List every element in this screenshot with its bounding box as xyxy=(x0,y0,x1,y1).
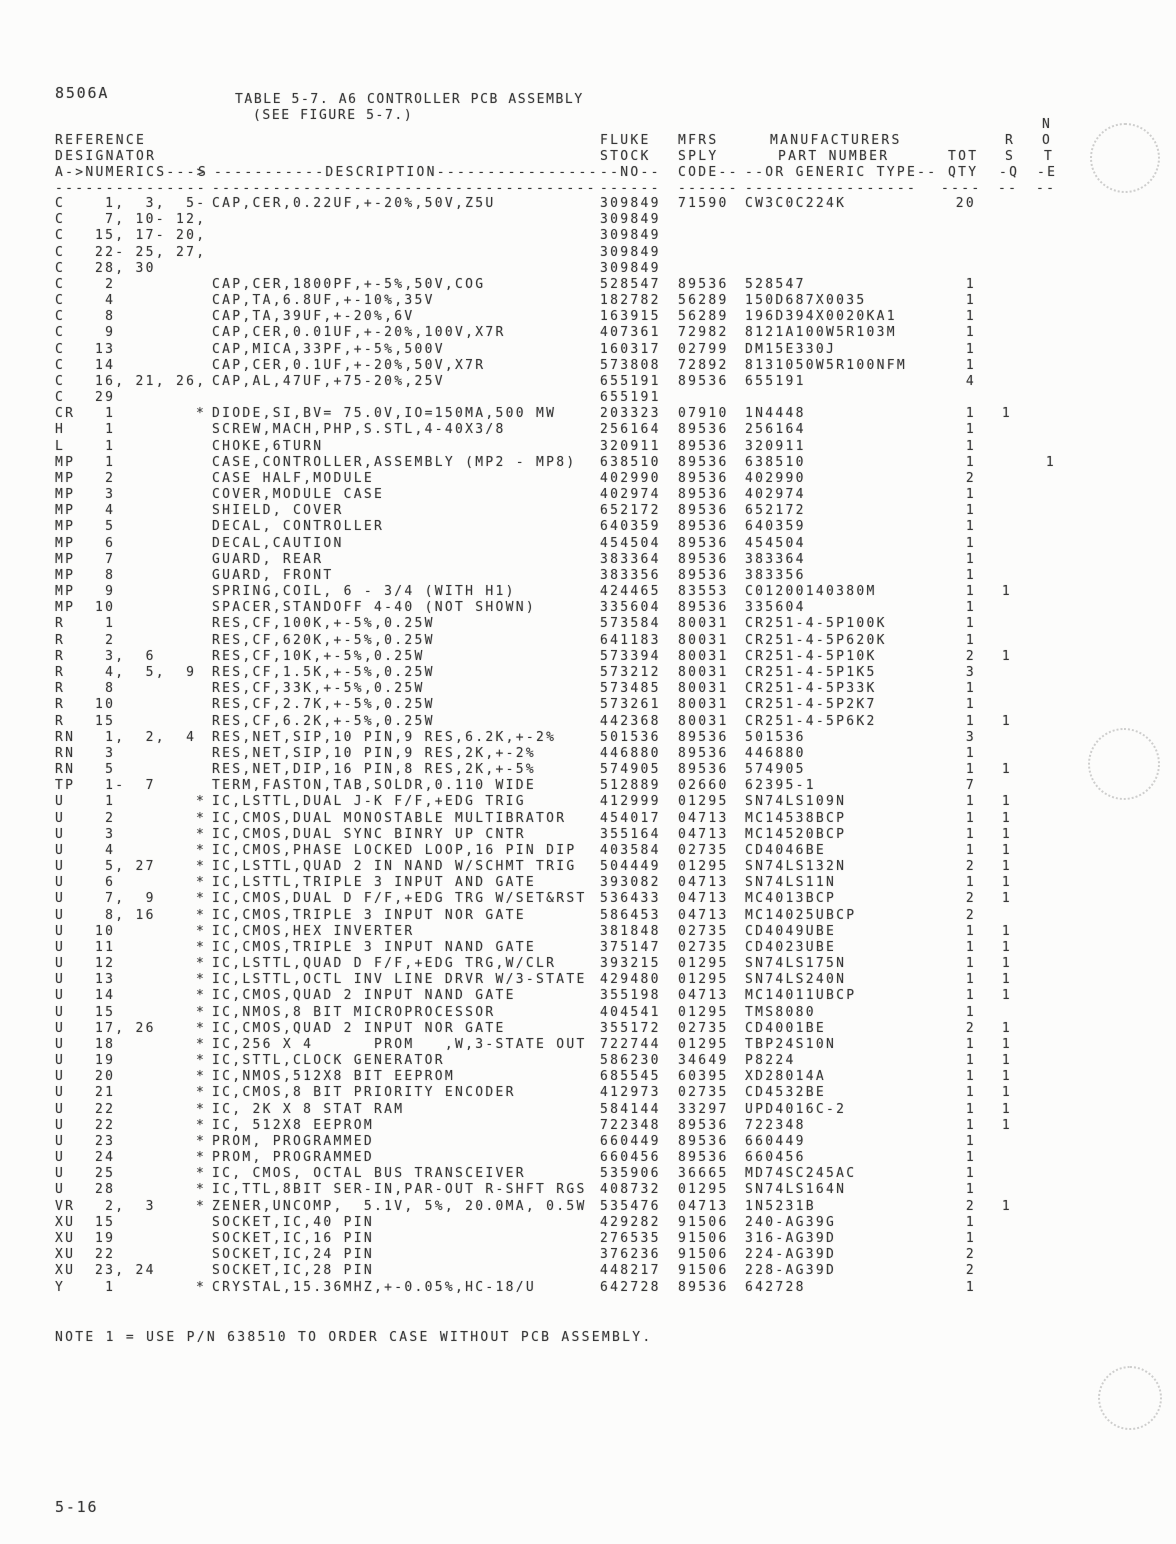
cell-part: 240-AG39G xyxy=(745,1215,940,1231)
cell-nums: 7 xyxy=(95,552,196,568)
cell-note xyxy=(1012,908,1056,924)
cell-ref: U xyxy=(55,972,95,988)
separator-desc: -------------------------------------- xyxy=(212,181,597,196)
cell-s: * xyxy=(196,1037,212,1053)
cell-rsq xyxy=(976,1215,1012,1231)
cell-desc: IC,NMOS,8 BIT MICROPROCESSOR xyxy=(212,1005,600,1021)
cell-part: UPD4016C-2 xyxy=(745,1102,940,1118)
cell-stock: 424465 xyxy=(600,584,678,600)
cell-code: 89536 xyxy=(678,503,745,519)
cell-note xyxy=(1012,730,1056,746)
table-row: TP 1- 7TERM,FASTON,TAB,SOLDR,0.110 WIDE5… xyxy=(0,778,1176,794)
cell-note xyxy=(1012,843,1056,859)
cell-qty xyxy=(940,245,976,261)
cell-stock: 182782 xyxy=(600,293,678,309)
cell-rsq xyxy=(976,422,1012,438)
cell-ref: U xyxy=(55,794,95,810)
cell-stock: 685545 xyxy=(600,1069,678,1085)
cell-s xyxy=(196,325,212,341)
cell-s: * xyxy=(196,811,212,827)
cell-nums: 3, 6 xyxy=(95,649,196,665)
cell-stock: 429480 xyxy=(600,972,678,988)
cell-note xyxy=(1012,245,1056,261)
cell-rsq: 1 xyxy=(976,827,1012,843)
cell-qty: 1 xyxy=(940,1134,976,1150)
cell-code: 89536 xyxy=(678,374,745,390)
cell-part: CR251-4-5P6K2 xyxy=(745,714,940,730)
cell-part: SN74LS240N xyxy=(745,972,940,988)
cell-qty: 2 xyxy=(940,649,976,665)
cell-ref: MP xyxy=(55,552,95,568)
cell-qty: 1 xyxy=(940,584,976,600)
cell-desc: PROM, PROGRAMMED xyxy=(212,1134,600,1150)
cell-code: 89536 xyxy=(678,552,745,568)
cell-s xyxy=(196,649,212,665)
cell-part: TBP24S10N xyxy=(745,1037,940,1053)
cell-rsq xyxy=(976,616,1012,632)
cell-stock: 722348 xyxy=(600,1118,678,1134)
cell-part: 1N5231B xyxy=(745,1199,940,1215)
cell-part: 446880 xyxy=(745,746,940,762)
cell-nums: 23 xyxy=(95,1134,196,1150)
cell-stock: 160317 xyxy=(600,342,678,358)
cell-note xyxy=(1012,633,1056,649)
cell-ref: C xyxy=(55,261,95,277)
cell-stock: 309849 xyxy=(600,245,678,261)
cell-stock: 402990 xyxy=(600,471,678,487)
cell-part: 722348 xyxy=(745,1118,940,1134)
cell-part: SN74LS132N xyxy=(745,859,940,875)
table-row: RN 5RES,NET,DIP,16 PIN,8 RES,2K,+-5%5749… xyxy=(0,762,1176,778)
cell-note xyxy=(1012,1182,1056,1198)
cell-rsq xyxy=(976,309,1012,325)
cell-code: 72892 xyxy=(678,358,745,374)
page-number: 5-16 xyxy=(55,1498,98,1516)
cell-rsq: 1 xyxy=(976,714,1012,730)
cell-rsq xyxy=(976,519,1012,535)
separator-ref: --------------- xyxy=(55,181,207,196)
table-row: U 3*IC,CMOS,DUAL SYNC BINRY UP CNTR35516… xyxy=(0,827,1176,843)
cell-code: 91506 xyxy=(678,1263,745,1279)
cell-stock: 383364 xyxy=(600,552,678,568)
cell-desc: IC,CMOS,DUAL D F/F,+EDG TRG W/SET&RST xyxy=(212,891,600,907)
cell-rsq xyxy=(976,455,1012,471)
cell-code: 02799 xyxy=(678,342,745,358)
cell-s: * xyxy=(196,972,212,988)
cell-rsq: 1 xyxy=(976,1037,1012,1053)
cell-stock: 586453 xyxy=(600,908,678,924)
cell-code: 83553 xyxy=(678,584,745,600)
cell-part: 150D687X0035 xyxy=(745,293,940,309)
table-row: MP 3COVER,MODULE CASE402974895364029741 xyxy=(0,487,1176,503)
cell-code: 01295 xyxy=(678,1005,745,1021)
cell-note xyxy=(1012,778,1056,794)
cell-desc: RES,CF,2.7K,+-5%,0.25W xyxy=(212,697,600,713)
cell-rsq xyxy=(976,277,1012,293)
cell-desc: PROM, PROGRAMMED xyxy=(212,1150,600,1166)
cell-rsq: 1 xyxy=(976,891,1012,907)
cell-nums: 2 xyxy=(95,277,196,293)
cell-ref: C xyxy=(55,293,95,309)
cell-desc: RES,NET,SIP,10 PIN,9 RES,2K,+-2% xyxy=(212,746,600,762)
cell-desc: CAP,CER,0.01UF,+-20%,100V,X7R xyxy=(212,325,600,341)
cell-rsq: 1 xyxy=(976,794,1012,810)
cell-stock: 535906 xyxy=(600,1166,678,1182)
cell-stock: 408732 xyxy=(600,1182,678,1198)
cell-ref: U xyxy=(55,843,95,859)
cell-rsq: 1 xyxy=(976,988,1012,1004)
cell-desc: IC,256 X 4 PROM ,W,3-STATE OUT xyxy=(212,1037,600,1053)
cell-desc: SOCKET,IC,24 PIN xyxy=(212,1247,600,1263)
cell-ref: MP xyxy=(55,536,95,552)
cell-note xyxy=(1012,309,1056,325)
cell-s xyxy=(196,309,212,325)
cell-ref: C xyxy=(55,228,95,244)
cell-code: 33297 xyxy=(678,1102,745,1118)
table-row: C13CAP,MICA,33PF,+-5%,500V16031702799DM1… xyxy=(0,342,1176,358)
cell-nums: 6 xyxy=(95,536,196,552)
cell-part: C01200140380M xyxy=(745,584,940,600)
cell-qty: 1 xyxy=(940,309,976,325)
cell-nums: 14 xyxy=(95,988,196,1004)
col-note-h3: T xyxy=(1044,149,1054,164)
table-row: RN 3RES,NET,SIP,10 PIN,9 RES,2K,+-2%4468… xyxy=(0,746,1176,762)
cell-rsq xyxy=(976,487,1012,503)
cell-desc: CAP,CER,0.1UF,+-20%,50V,X7R xyxy=(212,358,600,374)
table-row: L 1CHOKE,6TURN320911895363209111 xyxy=(0,439,1176,455)
col-stock-h2: STOCK xyxy=(600,149,651,164)
table-row: R 2RES,CF,620K,+-5%,0.25W64118380031CR25… xyxy=(0,633,1176,649)
cell-part: 256164 xyxy=(745,422,940,438)
cell-note xyxy=(1012,794,1056,810)
cell-stock: 586230 xyxy=(600,1053,678,1069)
separator-rsq: -- xyxy=(998,181,1018,196)
cell-desc: IC,LSTTL,QUAD D F/F,+EDG TRG,W/CLR xyxy=(212,956,600,972)
cell-nums: 22 xyxy=(95,1118,196,1134)
cell-stock: 402974 xyxy=(600,487,678,503)
cell-desc: RES,CF,100K,+-5%,0.25W xyxy=(212,616,600,632)
cell-s xyxy=(196,455,212,471)
cell-desc: CAP,CER,1800PF,+-5%,50V,COG xyxy=(212,277,600,293)
cell-s: * xyxy=(196,1102,212,1118)
cell-desc: CAP,TA,6.8UF,+-10%,35V xyxy=(212,293,600,309)
cell-note xyxy=(1012,487,1056,503)
cell-qty: 1 xyxy=(940,439,976,455)
cell-code: 01295 xyxy=(678,794,745,810)
cell-note xyxy=(1012,1231,1056,1247)
cell-rsq: 1 xyxy=(976,940,1012,956)
cell-qty xyxy=(940,390,976,406)
cell-qty: 1 xyxy=(940,1150,976,1166)
cell-part: 454504 xyxy=(745,536,940,552)
cell-rsq xyxy=(976,212,1012,228)
cell-qty: 1 xyxy=(940,536,976,552)
cell-stock: 535476 xyxy=(600,1199,678,1215)
cell-s xyxy=(196,778,212,794)
cell-desc: IC,CMOS,TRIPLE 3 INPUT NOR GATE xyxy=(212,908,600,924)
cell-stock: 442368 xyxy=(600,714,678,730)
cell-nums: 19 xyxy=(95,1231,196,1247)
cell-rsq xyxy=(976,908,1012,924)
cell-ref: R xyxy=(55,633,95,649)
cell-code: 80031 xyxy=(678,616,745,632)
cell-nums: 4 xyxy=(95,503,196,519)
cell-stock: 660449 xyxy=(600,1134,678,1150)
cell-part: CR251-4-5P620K xyxy=(745,633,940,649)
cell-nums: 28, 30 xyxy=(95,261,196,277)
table-row: U20*IC,NMOS,512X8 BIT EEPROM68554560395X… xyxy=(0,1069,1176,1085)
table-row: U11*IC,CMOS,TRIPLE 3 INPUT NAND GATE3751… xyxy=(0,940,1176,956)
cell-stock: 642728 xyxy=(600,1280,678,1296)
cell-stock: 309849 xyxy=(600,228,678,244)
cell-rsq: 1 xyxy=(976,859,1012,875)
cell-note xyxy=(1012,1263,1056,1279)
cell-code: 89536 xyxy=(678,1134,745,1150)
cell-rsq xyxy=(976,1150,1012,1166)
cell-nums: 4, 5, 9 xyxy=(95,665,196,681)
cell-part xyxy=(745,228,940,244)
cell-ref: U xyxy=(55,908,95,924)
cell-nums: 4 xyxy=(95,293,196,309)
cell-code: 02660 xyxy=(678,778,745,794)
cell-desc: GUARD, FRONT xyxy=(212,568,600,584)
cell-nums: 1- 7 xyxy=(95,778,196,794)
cell-part: MC4013BCP xyxy=(745,891,940,907)
cell-stock: 536433 xyxy=(600,891,678,907)
cell-s: * xyxy=(196,940,212,956)
cell-note xyxy=(1012,891,1056,907)
cell-ref: U xyxy=(55,1085,95,1101)
cell-part: SN74LS164N xyxy=(745,1182,940,1198)
table-row: C 2CAP,CER,1800PF,+-5%,50V,COG5285478953… xyxy=(0,277,1176,293)
table-row: U 8, 16*IC,CMOS,TRIPLE 3 INPUT NOR GATE5… xyxy=(0,908,1176,924)
cell-s xyxy=(196,390,212,406)
cell-part: CD4001BE xyxy=(745,1021,940,1037)
cell-part: MC14520BCP xyxy=(745,827,940,843)
cell-qty: 7 xyxy=(940,778,976,794)
cell-qty: 1 xyxy=(940,1215,976,1231)
cell-stock: 573584 xyxy=(600,616,678,632)
cell-desc: IC,CMOS,TRIPLE 3 INPUT NAND GATE xyxy=(212,940,600,956)
col-part-h2: PART NUMBER xyxy=(778,149,889,164)
cell-ref: TP xyxy=(55,778,95,794)
cell-code: 80031 xyxy=(678,633,745,649)
cell-desc: IC,STTL,CLOCK GENERATOR xyxy=(212,1053,600,1069)
cell-stock: 584144 xyxy=(600,1102,678,1118)
cell-stock: 454504 xyxy=(600,536,678,552)
cell-note xyxy=(1012,503,1056,519)
cell-part: 574905 xyxy=(745,762,940,778)
cell-qty: 1 xyxy=(940,519,976,535)
cell-rsq xyxy=(976,1231,1012,1247)
cell-qty: 1 xyxy=(940,293,976,309)
cell-stock: 355198 xyxy=(600,988,678,1004)
cell-qty: 1 xyxy=(940,794,976,810)
table-row: R 4, 5, 9RES,CF,1.5K,+-5%,0.25W573212800… xyxy=(0,665,1176,681)
cell-note xyxy=(1012,358,1056,374)
cell-nums: 15 xyxy=(95,1215,196,1231)
cell-stock: 163915 xyxy=(600,309,678,325)
cell-s: * xyxy=(196,406,212,422)
cell-stock: 448217 xyxy=(600,1263,678,1279)
cell-ref: Y xyxy=(55,1280,95,1296)
cell-qty: 1 xyxy=(940,487,976,503)
cell-stock: 574905 xyxy=(600,762,678,778)
table-row: U12*IC,LSTTL,QUAD D F/F,+EDG TRG,W/CLR39… xyxy=(0,956,1176,972)
cell-s: * xyxy=(196,956,212,972)
cell-qty: 1 xyxy=(940,843,976,859)
cell-desc: ZENER,UNCOMP, 5.1V, 5%, 20.0MA, 0.5W xyxy=(212,1199,600,1215)
cell-ref: U xyxy=(55,940,95,956)
separator-code: ------ xyxy=(678,181,739,196)
cell-nums: 3 xyxy=(95,746,196,762)
cell-s xyxy=(196,196,212,212)
cell-stock: 504449 xyxy=(600,859,678,875)
cell-ref: C xyxy=(55,309,95,325)
cell-desc xyxy=(212,261,600,277)
cell-rsq xyxy=(976,228,1012,244)
cell-desc: RES,CF,620K,+-5%,0.25W xyxy=(212,633,600,649)
cell-nums: 22 xyxy=(95,1247,196,1263)
cell-qty: 20 xyxy=(940,196,976,212)
cell-rsq xyxy=(976,1182,1012,1198)
cell-qty: 1 xyxy=(940,1118,976,1134)
cell-nums: 11 xyxy=(95,940,196,956)
cell-note xyxy=(1012,827,1056,843)
cell-nums: 7, 10- 12, xyxy=(95,212,196,228)
table-row: R 3, 6RES,CF,10K,+-5%,0.25W57339480031CR… xyxy=(0,649,1176,665)
cell-desc: CASE HALF,MODULE xyxy=(212,471,600,487)
cell-nums: 7, 9 xyxy=(95,891,196,907)
cell-stock: 381848 xyxy=(600,924,678,940)
cell-note xyxy=(1012,342,1056,358)
cell-qty: 1 xyxy=(940,422,976,438)
cell-desc xyxy=(212,212,600,228)
cell-s: * xyxy=(196,1085,212,1101)
cell-desc: RES,CF,33K,+-5%,0.25W xyxy=(212,681,600,697)
table-row: MP 5DECAL, CONTROLLER640359895366403591 xyxy=(0,519,1176,535)
cell-qty: 1 xyxy=(940,1069,976,1085)
cell-stock: 501536 xyxy=(600,730,678,746)
table-row: H 1SCREW,MACH,PHP,S.STL,4-40X3/825616489… xyxy=(0,422,1176,438)
cell-part: 638510 xyxy=(745,455,940,471)
cell-nums: 13 xyxy=(95,342,196,358)
cell-note: 1 xyxy=(1012,455,1056,471)
cell-desc: SHIELD, COVER xyxy=(212,503,600,519)
cell-nums: 8 xyxy=(95,309,196,325)
cell-s: * xyxy=(196,1280,212,1296)
cell-note xyxy=(1012,859,1056,875)
cell-nums: 18 xyxy=(95,1037,196,1053)
cell-nums: 15 xyxy=(95,714,196,730)
cell-rsq xyxy=(976,536,1012,552)
cell-part: SN74LS175N xyxy=(745,956,940,972)
cell-qty: 1 xyxy=(940,746,976,762)
cell-s: * xyxy=(196,1182,212,1198)
cell-desc: SOCKET,IC,16 PIN xyxy=(212,1231,600,1247)
cell-part: 224-AG39D xyxy=(745,1247,940,1263)
cell-rsq: 1 xyxy=(976,843,1012,859)
cell-qty: 1 xyxy=(940,1005,976,1021)
cell-stock: 393082 xyxy=(600,875,678,891)
cell-ref: MP xyxy=(55,503,95,519)
cell-code: 89536 xyxy=(678,471,745,487)
col-rsq-h2: S xyxy=(1005,149,1015,164)
cell-qty: 1 xyxy=(940,455,976,471)
cell-qty: 1 xyxy=(940,1037,976,1053)
cell-stock: 203323 xyxy=(600,406,678,422)
table-row: MP 1CASE,CONTROLLER,ASSEMBLY (MP2 - MP8)… xyxy=(0,455,1176,471)
cell-part: 528547 xyxy=(745,277,940,293)
cell-part: DM15E330J xyxy=(745,342,940,358)
document-page: 8506A TABLE 5-7. A6 CONTROLLER PCB ASSEM… xyxy=(0,0,1176,1544)
table-row: C 7, 10- 12,309849 xyxy=(0,212,1176,228)
cell-code: 89536 xyxy=(678,439,745,455)
cell-code: 80031 xyxy=(678,714,745,730)
cell-code: 89536 xyxy=(678,1280,745,1296)
cell-ref: R xyxy=(55,697,95,713)
cell-rsq: 1 xyxy=(976,1053,1012,1069)
cell-nums: 17, 26 xyxy=(95,1021,196,1037)
punch-hole-top xyxy=(1090,123,1160,193)
cell-rsq: 1 xyxy=(976,1118,1012,1134)
cell-desc: DECAL,CAUTION xyxy=(212,536,600,552)
cell-nums: 8, 16 xyxy=(95,908,196,924)
cell-qty: 1 xyxy=(940,325,976,341)
cell-qty: 1 xyxy=(940,972,976,988)
cell-s xyxy=(196,245,212,261)
cell-nums: 2, 3 xyxy=(95,1199,196,1215)
cell-nums: 22- 25, 27, xyxy=(95,245,196,261)
cell-note xyxy=(1012,390,1056,406)
cell-stock: 429282 xyxy=(600,1215,678,1231)
cell-code: 60395 xyxy=(678,1069,745,1085)
cell-qty: 1 xyxy=(940,956,976,972)
table-title: TABLE 5-7. A6 CONTROLLER PCB ASSEMBLY xyxy=(235,92,584,107)
cell-qty: 1 xyxy=(940,406,976,422)
cell-desc: IC,NMOS,512X8 BIT EEPROM xyxy=(212,1069,600,1085)
cell-nums: 1 xyxy=(95,1280,196,1296)
table-row: U22*IC, 2K X 8 STAT RAM58414433297UPD401… xyxy=(0,1102,1176,1118)
cell-s: * xyxy=(196,1118,212,1134)
cell-desc: IC,LSTTL,OCTL INV LINE DRVR W/3-STATE xyxy=(212,972,600,988)
cell-stock: 276535 xyxy=(600,1231,678,1247)
cell-qty: 1 xyxy=(940,697,976,713)
cell-part: MD74SC245AC xyxy=(745,1166,940,1182)
cell-nums: 19 xyxy=(95,1053,196,1069)
cell-nums: 23, 24 xyxy=(95,1263,196,1279)
cell-note xyxy=(1012,1215,1056,1231)
cell-qty: 1 xyxy=(940,762,976,778)
cell-desc: IC,TTL,8BIT SER-IN,PAR-OUT R-SHFT RGS xyxy=(212,1182,600,1198)
cell-code: 04713 xyxy=(678,908,745,924)
cell-stock: 573261 xyxy=(600,697,678,713)
table-row: U 5, 27*IC,LSTTL,QUAD 2 IN NAND W/SCHMT … xyxy=(0,859,1176,875)
col-desc-h: -----------DESCRIPTION---------------- xyxy=(214,165,599,180)
cell-note xyxy=(1012,1085,1056,1101)
cell-part: 402990 xyxy=(745,471,940,487)
table-row: CR 1*DIODE,SI,BV= 75.0V,IO=150MA,500 MW2… xyxy=(0,406,1176,422)
cell-note xyxy=(1012,536,1056,552)
cell-code: 01295 xyxy=(678,859,745,875)
cell-desc: IC,LSTTL,DUAL J-K F/F,+EDG TRIG xyxy=(212,794,600,810)
cell-code: 02735 xyxy=(678,924,745,940)
cell-desc: CHOKE,6TURN xyxy=(212,439,600,455)
cell-ref: R xyxy=(55,665,95,681)
col-rsq-h1: R xyxy=(1005,133,1015,148)
cell-s xyxy=(196,1247,212,1263)
cell-qty: 1 xyxy=(940,811,976,827)
